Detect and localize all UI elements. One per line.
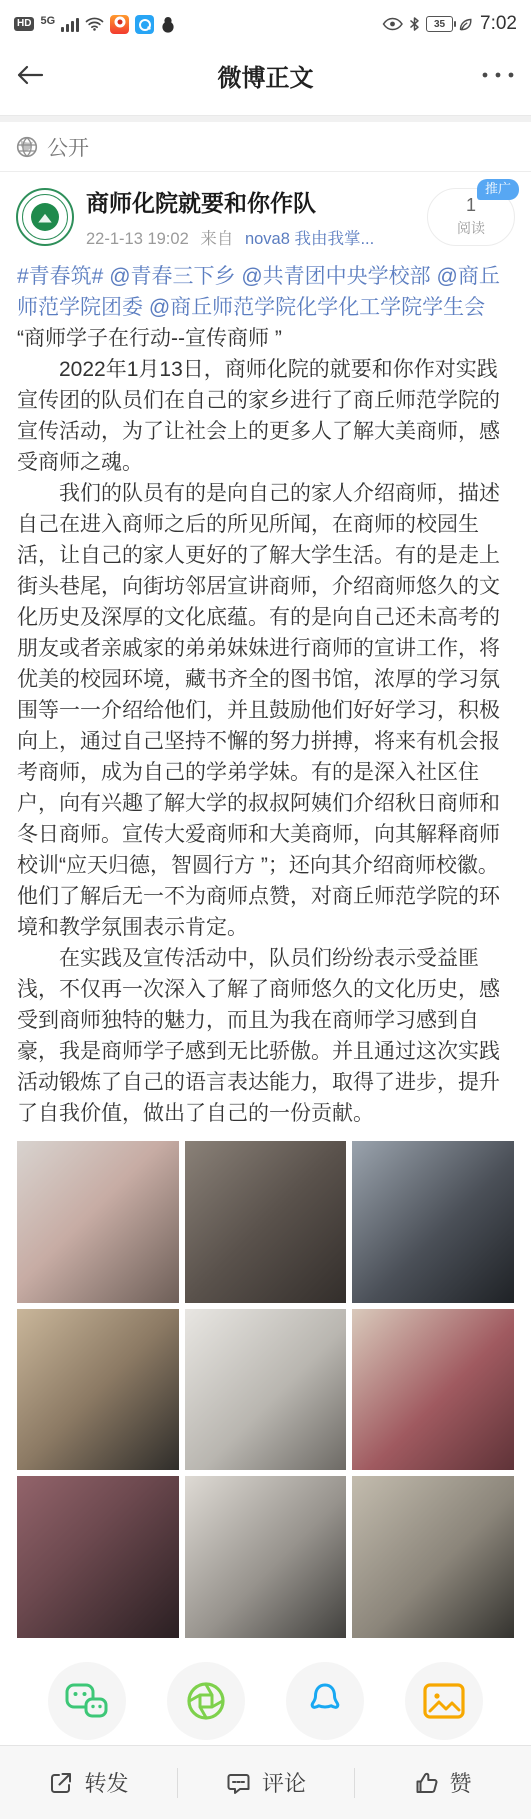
nav-bar: 微博正文 [0,48,531,102]
section-divider [0,115,531,122]
comment-button[interactable]: 评论 [177,1746,354,1819]
visibility-label: 公开 [47,132,89,162]
post-quote-title: “商师学子在行动--宣传商师 ” [17,323,514,354]
share-qq-button[interactable] [286,1662,364,1740]
bluetooth-icon [409,16,420,32]
network-5g-label: 5G [40,15,55,27]
repost-button[interactable]: 转发 [0,1746,177,1819]
photo-9[interactable] [352,1476,514,1638]
post-source-link[interactable]: nova8 我由我掌... [245,230,374,248]
visibility-row: 公开 [0,122,531,172]
page-title: 微博正文 [218,58,314,93]
photo-5[interactable] [185,1309,347,1471]
post-content: #青春筑# @青春三下乡 @共青团中央学校部 @商丘师范学院团委 @商丘师范学院… [0,255,531,1129]
weibo-notification-icon [110,15,129,34]
photo-3[interactable] [352,1141,514,1303]
avatar-seal-core [31,203,59,231]
bottom-action-bar: 转发 评论 赞 [0,1745,531,1819]
eye-protection-icon [382,17,403,31]
photo-1[interactable] [17,1141,179,1303]
post-paragraph: 2022年1月13日，商师化院的就要和你作对实践宣传团的队员们在自己的家乡进行了… [17,354,514,478]
like-button[interactable]: 赞 [354,1746,531,1819]
picture-icon [422,1682,466,1720]
photo-7[interactable] [17,1476,179,1638]
photo-grid [17,1141,514,1638]
power-saving-leaf-icon [459,18,472,31]
back-button[interactable] [16,64,44,86]
signal-strength-icon [61,17,79,32]
promo-badge: 推广 [477,179,519,200]
globe-icon [16,136,38,158]
qq-penguin-icon [160,16,176,33]
post-paragraph: 我们的队员有的是向自己的家人介绍商师，描述自己在进入商师之后的所见所闻，在商师的… [17,478,514,943]
hd-indicator: HD [14,17,34,31]
status-bar: HD 5G 35 7:02 [0,0,531,48]
more-menu-button[interactable] [481,71,515,79]
thumbs-up-icon [413,1770,439,1796]
reads-pill: 推广 1 阅读 [427,188,515,246]
share-wechat-moments-button[interactable] [167,1662,245,1740]
photo-6[interactable] [352,1309,514,1471]
reads-label: 阅读 [457,218,485,238]
post-from-label: 来自 [200,230,233,248]
post-paragraph: 在实践及宣传活动中，队员们纷纷表示受益匪浅，不仅再一次深入了解了商师悠久的文化历… [17,943,514,1129]
post-meta: 22-1-13 19:02 来自 nova8 我由我掌... [86,225,419,249]
hashtag-mention-links[interactable]: #青春筑# @青春三下乡 @共青团中央学校部 @商丘师范学院团委 @商丘师范学院… [17,261,514,323]
share-save-image-button[interactable] [405,1662,483,1740]
post-header: 商师化院就要和你作队 22-1-13 19:02 来自 nova8 我由我掌..… [0,172,531,255]
weibo-post-detail-screen: { "status_bar": { "hd": "HD", "network":… [0,0,531,1819]
comment-icon [225,1770,252,1796]
share-shortcuts-row [0,1662,531,1740]
wechat-moments-icon [185,1680,227,1722]
post-timestamp: 22-1-13 19:02 [86,230,189,248]
author-name[interactable]: 商师化院就要和你作队 [86,188,419,219]
qq-icon [304,1680,346,1722]
comment-label: 评论 [262,1767,306,1798]
search-app-icon [135,15,154,34]
wifi-icon [85,17,104,31]
repost-label: 转发 [84,1767,128,1798]
photo-4[interactable] [17,1309,179,1471]
photo-2[interactable] [185,1141,347,1303]
reads-count: 1 [466,196,476,216]
clock-time: 7:02 [480,13,517,35]
like-label: 赞 [449,1767,471,1798]
share-wechat-button[interactable] [48,1662,126,1740]
repost-icon [48,1770,74,1796]
avatar[interactable] [16,188,74,246]
photo-8[interactable] [185,1476,347,1638]
wechat-icon [64,1681,110,1721]
battery-indicator: 35 [426,16,453,32]
